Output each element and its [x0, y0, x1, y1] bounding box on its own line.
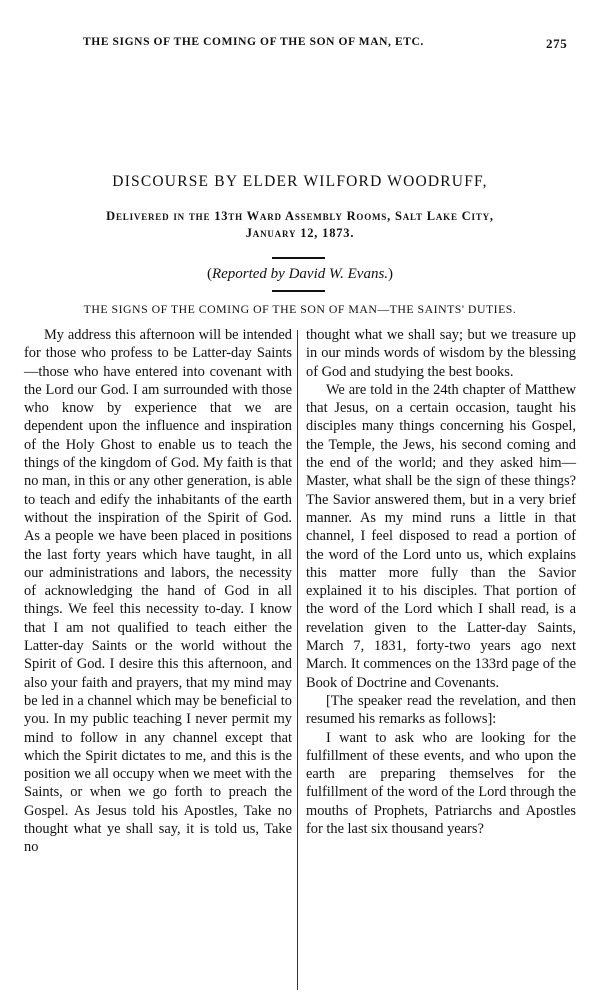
delivery-location: Delivered in the 13th Ward Assembly Room… [40, 208, 560, 225]
delivery-info: Delivered in the 13th Ward Assembly Room… [40, 208, 560, 242]
delivery-date: January 12, 1873. [40, 225, 560, 242]
divider-rule [272, 257, 325, 259]
reporter-name: Reported by David W. Evans. [212, 266, 388, 282]
discourse-title: DISCOURSE BY ELDER WILFORD WOODRUFF, [0, 173, 600, 191]
paragraph: We are told in the 24th chapter of Matth… [306, 381, 576, 692]
page-number: 275 [546, 36, 567, 52]
paragraph: [The speaker read the revelation, and th… [306, 692, 576, 729]
running-head-title: THE SIGNS OF THE COMING OF THE SON OF MA… [83, 36, 424, 48]
paragraph: thought what we shall say; but we treasu… [306, 326, 576, 381]
paragraph: My address this afternoon will be intend… [24, 326, 292, 857]
running-head: THE SIGNS OF THE COMING OF THE SON OF MA… [0, 36, 600, 56]
paragraph: I want to ask who are looking for the fu… [306, 729, 576, 839]
divider-rule [272, 290, 325, 292]
left-column: My address this afternoon will be intend… [24, 326, 292, 857]
section-subhead: THE SIGNS OF THE COMING OF THE SON OF MA… [0, 302, 600, 317]
column-divider [297, 330, 298, 990]
right-column: thought what we shall say; but we treasu… [306, 326, 576, 838]
reporter-line: (Reported by David W. Evans.) [0, 266, 600, 283]
